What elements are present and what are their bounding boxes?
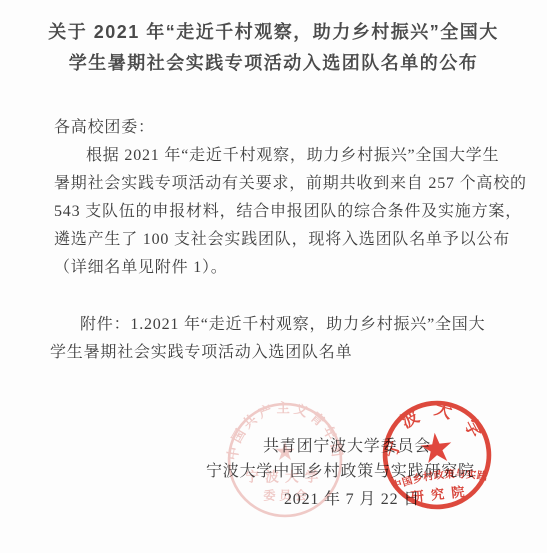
signature-org-1: 共青团宁波大学委员会 [263, 433, 431, 456]
title-line-1: 关于 2021 年“走近千村观察，助力乡村振兴”全国大 [0, 17, 547, 48]
attachment-line-2: 学生暑期社会实践专项活动入选团队名单 [50, 339, 352, 362]
body-line-4: 遴选产生了 100 支社会实践团队，现将入选团队名单予以公布 [54, 226, 510, 249]
signature-org-2: 宁波大学中国乡村政策与实践研究院 [206, 458, 475, 481]
body-line-1: 根据 2021 年“走近千村观察，助力乡村振兴”全国大学生 [86, 142, 499, 165]
body-line-3: 543 支队伍的申报材料，结合申报团队的综合条件及实施方案， [54, 198, 522, 221]
document-title: 关于 2021 年“走近千村观察，助力乡村振兴”全国大 学生暑期社会实践专项活动… [0, 17, 547, 79]
salutation: 各高校团委： [54, 114, 155, 137]
signature-date: 2021 年 7 月 22 日 [284, 486, 420, 509]
body-line-5: （详细名单见附件 1）。 [54, 254, 228, 277]
body-line-2: 暑期社会实践专项活动有关要求，前期共收到来自 257 个高校的 [54, 170, 527, 193]
title-line-2: 学生暑期社会实践专项活动入选团队名单的公布 [0, 48, 547, 79]
attachment-line-1: 附件：1.2021 年“走近千村观察，助力乡村振兴”全国大 [80, 311, 485, 334]
document-page: 关于 2021 年“走近千村观察，助力乡村振兴”全国大 学生暑期社会实践专项活动… [0, 0, 547, 553]
